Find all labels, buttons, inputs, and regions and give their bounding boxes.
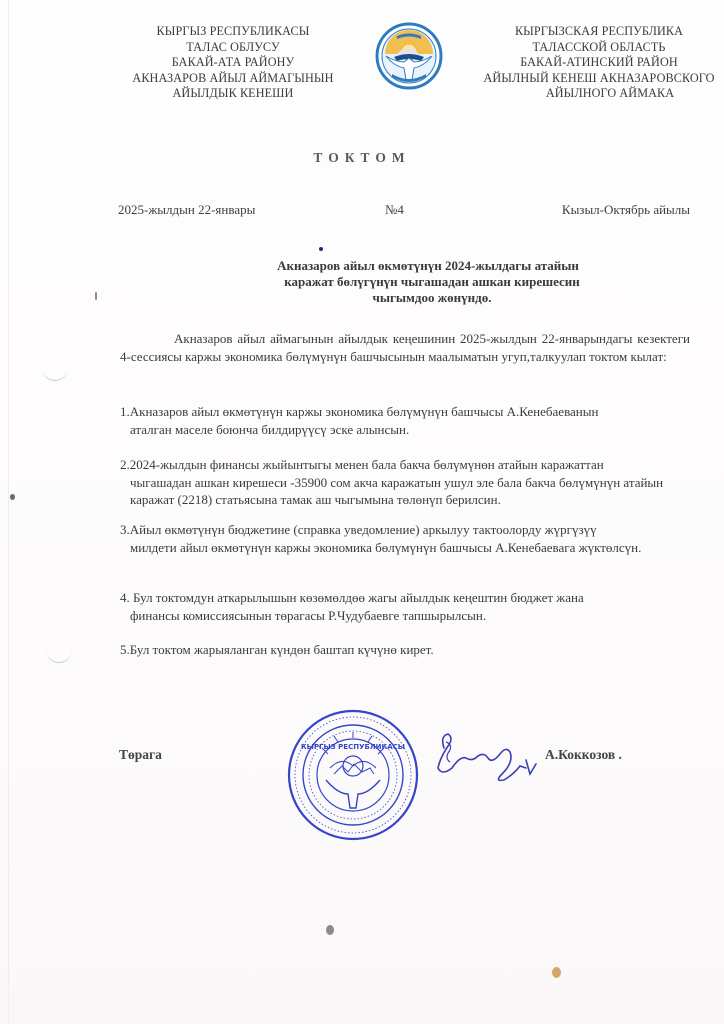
item-first-line: 1.Акназаров айыл өкмөтүнүн каржы экономи… <box>120 403 690 421</box>
signatory-name: А.Коккозов . <box>545 747 622 763</box>
header-line: АЙЫЛДЫК КЕНЕШИ <box>102 86 364 102</box>
header-line: АЙЫЛНОГО АЙМАКА <box>468 86 724 102</box>
official-seal-icon: КЫРГЫЗ РЕСПУБЛИКАСЫ <box>286 708 420 842</box>
handwritten-signature-icon <box>430 728 550 788</box>
signatory-title: Төрага <box>119 747 162 763</box>
header-line: ТАЛАС ОБЛУСУ <box>102 40 364 56</box>
header-kyrgyz: КЫРГЫЗ РЕСПУБЛИКАСЫ ТАЛАС ОБЛУСУ БАКАЙ-А… <box>102 24 364 102</box>
item-continuation: милдети айыл өкмөтүнүн каржы экономика б… <box>120 539 690 557</box>
header-line: БАКАЙ-АТИНСКИЙ РАЙОН <box>468 55 724 71</box>
item-continuation: чыгашадан ашкан кирешеси -35900 сом акча… <box>120 474 690 509</box>
document-date: 2025-жылдын 22-январы <box>118 202 255 218</box>
punch-hole-mark <box>46 650 72 663</box>
header-line: КЫРГЫЗ РЕСПУБЛИКАСЫ <box>102 24 364 40</box>
item-continuation: аталган маселе боюнча билдирүүсү эске ал… <box>120 421 690 439</box>
header-line: АЙЫЛНЫЙ КЕНЕШ АКНАЗАРОВСКОГО <box>468 71 724 87</box>
punch-hole-mark <box>42 368 68 381</box>
item-first-line: 2.2024-жылдын финансы жыйынтыгы менен ба… <box>120 456 690 474</box>
seal-text: КЫРГЫЗ РЕСПУБЛИКАСЫ <box>301 743 405 751</box>
header-line: БАКАЙ-АТА РАЙОНУ <box>102 55 364 71</box>
item-first-line: 5.Бул токтом жарыяланган күндөн баштап к… <box>120 641 690 659</box>
subject-line: чыгымдоо жөнүндө. <box>232 290 632 306</box>
scan-speck <box>326 925 334 935</box>
intro-paragraph: Акназаров айыл аймагынын айылдык кеңешин… <box>120 330 690 365</box>
document-title: ТОКТОМ <box>0 150 724 166</box>
scan-speck <box>552 967 561 978</box>
subject-line: Акназаров айыл өкмөтүнүн 2024-жылдагы ат… <box>232 258 632 274</box>
resolution-item: 1.Акназаров айыл өкмөтүнүн каржы экономи… <box>120 403 690 438</box>
subject-line: каражат бөлүгүнүн чыгашадан ашкан киреше… <box>232 274 632 290</box>
item-first-line: 3.Айыл өкмөтүнүн бюджетине (справка увед… <box>120 521 690 539</box>
document-number: №4 <box>385 202 404 218</box>
header-line: ТАЛАССКОЙ ОБЛАСТЬ <box>468 40 724 56</box>
kyrgyz-state-emblem-icon <box>372 22 446 90</box>
document-place: Кызыл-Октябрь айылы <box>562 202 690 218</box>
resolution-item: 4. Бул токтомдун аткарылышын көзөмөлдөө … <box>120 589 690 624</box>
scan-speck <box>10 494 15 500</box>
header-line: АКНАЗАРОВ АЙЫЛ АЙМАГЫНЫН <box>102 71 364 87</box>
scan-speck <box>95 292 97 300</box>
resolution-item: 5.Бул токтом жарыяланган күндөн баштап к… <box>120 641 690 659</box>
scan-speck <box>319 247 323 251</box>
resolution-item: 2.2024-жылдын финансы жыйынтыгы менен ба… <box>120 456 690 509</box>
header-line: КЫРГЫЗСКАЯ РЕСПУБЛИКА <box>468 24 724 40</box>
item-continuation: финансы комиссиясынын төрагасы Р.Чудубае… <box>120 607 690 625</box>
document-page: КЫРГЫЗ РЕСПУБЛИКАСЫ ТАЛАС ОБЛУСУ БАКАЙ-А… <box>0 0 724 1024</box>
resolution-item: 3.Айыл өкмөтүнүн бюджетине (справка увед… <box>120 521 690 556</box>
item-first-line: 4. Бул токтомдун аткарылышын көзөмөлдөө … <box>120 589 690 607</box>
header-russian: КЫРГЫЗСКАЯ РЕСПУБЛИКА ТАЛАССКОЙ ОБЛАСТЬ … <box>468 24 724 102</box>
document-subject: Акназаров айыл өкмөтүнүн 2024-жылдагы ат… <box>232 258 632 306</box>
